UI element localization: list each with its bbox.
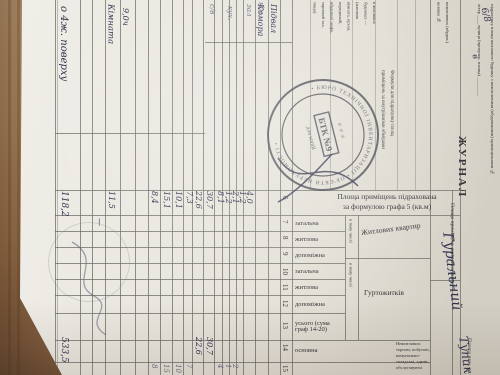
handwritten-value: 10,1 (174, 191, 182, 215)
column-label: житлова (295, 233, 343, 247)
grid-line (236, 0, 237, 375)
grid-line (55, 190, 465, 191)
handwritten-value: 15,1 (162, 191, 170, 215)
handwritten-value: о 4ж. поверху (58, 6, 68, 134)
handwritten-value: 118,2 (59, 191, 68, 215)
journal-title: ЖУРНАЛ (456, 136, 468, 208)
group-dormitory-label: Гуртожитків (364, 288, 428, 297)
handwritten-value: 8 (150, 364, 157, 375)
handwritten-value: 11,5 (107, 191, 115, 215)
column-number: 13 (281, 322, 289, 334)
handwritten-value: 15 (162, 364, 169, 375)
grid-line (214, 0, 215, 375)
column-number: 8 (281, 236, 289, 248)
nonresidential-note: Нежитлових: торгові, побутові, комунальн… (396, 341, 430, 371)
column-number: 12 (281, 300, 289, 312)
column-label: допоміжна (295, 249, 343, 263)
handwritten-value: 22,6 (194, 337, 202, 363)
grid-line (135, 0, 136, 375)
grid-line (345, 258, 430, 259)
formulas-line1: Формули для підрахунку площ (389, 70, 394, 136)
including-label-dormitory: в тому числі (346, 263, 355, 301)
grid-line (205, 42, 292, 43)
grid-line (415, 0, 416, 190)
grid-line (55, 340, 430, 341)
grid-line (55, 0, 56, 375)
column-number: 7 (281, 220, 289, 232)
column-number: 11 (281, 284, 289, 296)
grid-line (222, 0, 223, 375)
handwritten-value: 4 (216, 364, 223, 375)
handwritten-value: 1 (224, 364, 231, 375)
grid-line (430, 0, 431, 375)
column-number: 14 (281, 344, 289, 356)
handwritten-value: 22,6 (194, 191, 202, 215)
grid-line (192, 0, 193, 375)
handwritten-value: Підвал (269, 4, 277, 62)
column-label: допоміжна (295, 297, 343, 313)
handwritten-value: 30,7 (205, 337, 213, 363)
stamp-deco: ＊ ＊ ＊ (335, 122, 344, 140)
column-label: основна (295, 341, 343, 361)
topright-note: нежитлових (вбудов.) книжка № (434, 2, 451, 102)
signature-over-stamp (272, 148, 364, 206)
grid-line (358, 215, 359, 340)
handwritten-value: 8,1 (216, 191, 224, 215)
handwritten-value: 533,5 (59, 337, 68, 374)
column-number: 9 (281, 252, 289, 264)
subtitle-line1: підрахунку площі житлового будинку з неж… (490, 4, 495, 175)
grid-line (55, 133, 205, 134)
grid-line (203, 0, 204, 375)
handwritten-value: 30,7 (205, 191, 213, 215)
handwritten-scribble: кім. (257, 2, 264, 36)
signature-light (62, 238, 118, 338)
column-label: загальна (295, 217, 343, 231)
handwritten-scribble: с/в (208, 4, 215, 38)
grid-line (172, 0, 173, 375)
column-number: 10 (281, 268, 289, 280)
handwritten-scribble: кух. (226, 6, 233, 40)
handwritten-value: Кімната (106, 4, 115, 132)
handwritten-scribble: зал (245, 4, 252, 38)
handwritten-value: 7,3 (185, 191, 193, 215)
handwritten-value: 10 (174, 364, 181, 375)
column-label: житлова (295, 281, 343, 295)
grid-line (55, 362, 430, 363)
column-number: 15 (281, 365, 289, 375)
grid-line (397, 0, 398, 190)
handwritten-value: 7 (185, 364, 192, 375)
handwritten-value: 8,4 (150, 191, 158, 215)
handwritten-value: 2 (231, 364, 238, 375)
grid-line (183, 0, 184, 375)
grid-line (229, 0, 230, 375)
handwritten-value: 4,0 (245, 191, 253, 215)
column-label: усього (сума граф 14-20) (295, 314, 343, 340)
group-residential-label: Житлових квартир (361, 220, 428, 237)
handwritten-value: 9,0ч (121, 8, 129, 68)
including-label-residential: в тому числі (346, 219, 355, 257)
grid-line (160, 0, 161, 375)
grid-line (243, 0, 244, 375)
grid-line (148, 0, 149, 375)
column-label: загальна (295, 265, 343, 279)
photographed-document: Площа приміщень підрахована за формулою … (0, 0, 500, 375)
grid-line (55, 215, 460, 216)
journal-form-sheet: Площа приміщень підрахована за формулою … (0, 0, 500, 375)
